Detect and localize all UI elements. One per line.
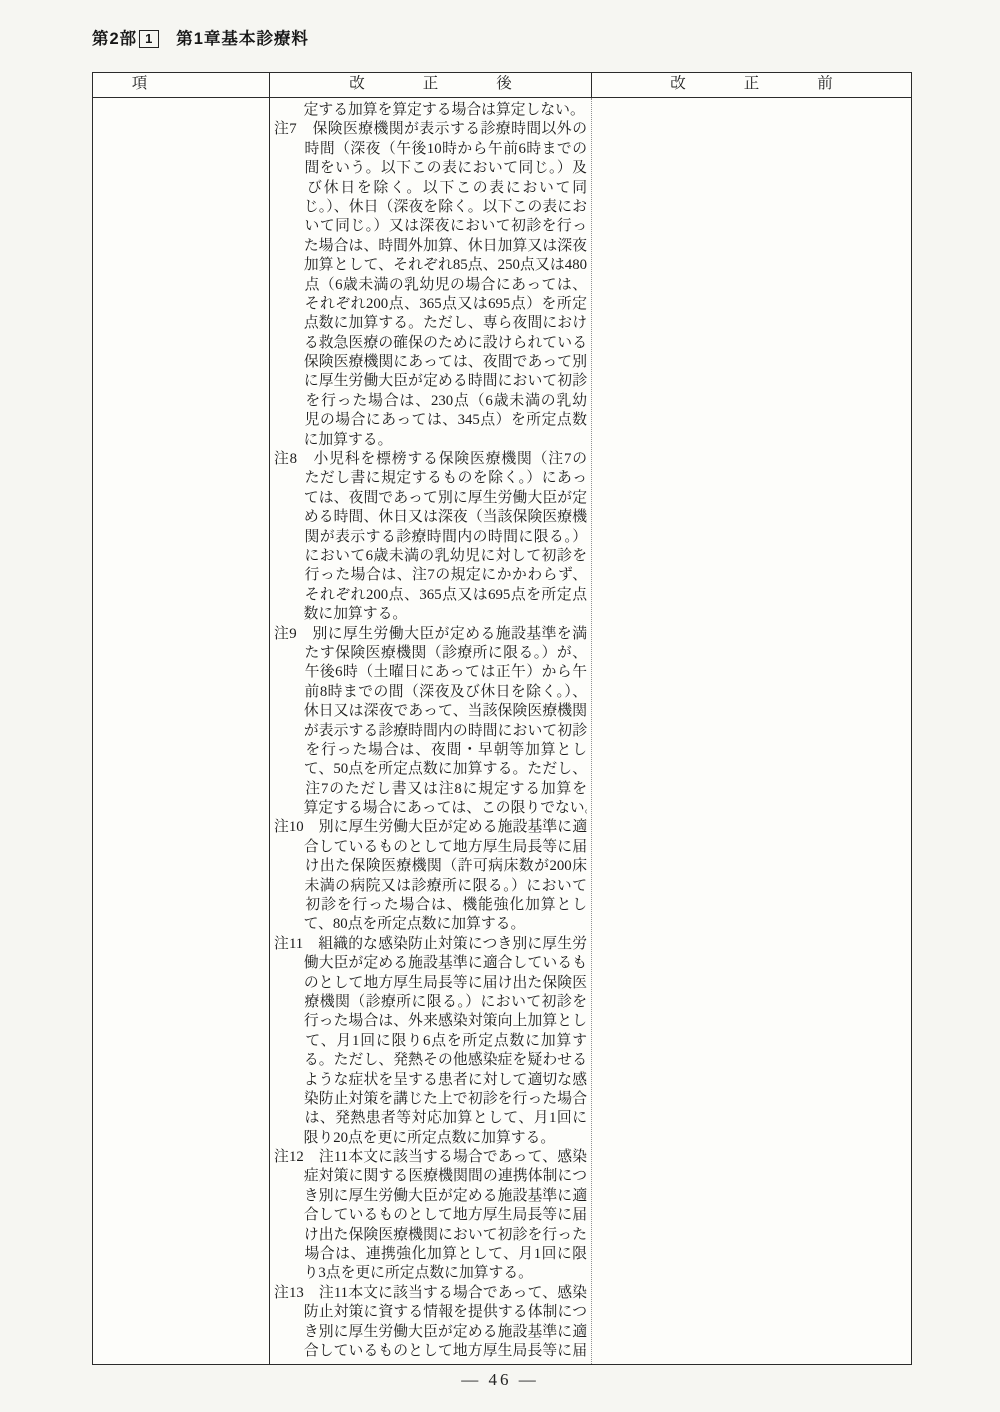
- text-line: 算定する場合にあっては、この限りでない。: [274, 799, 587, 818]
- text-line: 防止対策に資する情報を提供する体制につ: [274, 1303, 587, 1322]
- text-line: 限り20点を更に所定点数に加算する。: [274, 1129, 587, 1148]
- text-line: 行った場合は、注7の規定にかかわらず、: [274, 566, 587, 585]
- text-line: それぞれ200点、365点又は695点）を所定: [274, 295, 587, 314]
- text-line: 注8 小児科を標榜する保険医療機関（注7の: [274, 450, 587, 469]
- text-line: 注7 保険医療機関が表示する診療時間以外の: [274, 120, 587, 139]
- text-line: ただし書に規定するものを除く。）にあっ: [274, 469, 587, 488]
- text-line: 注10 別に厚生労働大臣が定める施設基準に適: [274, 818, 587, 837]
- text-line: いて同じ。）又は深夜において初診を行っ: [274, 217, 587, 236]
- text-line: 働大臣が定める施設基準に適合しているも: [274, 954, 587, 973]
- text-line: は、発熱患者等対応加算として、月1回に: [274, 1109, 587, 1128]
- page-footer: — 46 —: [0, 1370, 1000, 1390]
- chapter-title: 第1章基本診療料: [176, 30, 309, 48]
- text-line: 時間（深夜（午後10時から午前6時までの: [274, 140, 587, 159]
- text-line: が表示する診療時間内の時間において初診: [274, 722, 587, 741]
- text-line: 関が表示する診療時間内の時間に限る。）: [274, 528, 587, 547]
- text-line: める時間、休日又は深夜（当該保険医療機: [274, 508, 587, 527]
- revision-comparison-table: 項目 改正後 改正前 定する加算を算定する場合は算定しない。注7 保険医療機関が…: [92, 72, 912, 1365]
- page-container: 第2部1第1章基本診療料 項目 改正後 改正前 定する加算を算定する場合は算定し…: [0, 0, 1000, 1412]
- text-line: る。ただし、発熱その他感染症を疑わせる: [274, 1051, 587, 1070]
- text-line: 症対策に関する医療機関間の連携体制につ: [274, 1167, 587, 1186]
- text-line: 加算として、それぞれ85点、250点又は480: [274, 256, 587, 275]
- text-line: ては、夜間であって別に厚生労働大臣が定: [274, 489, 587, 508]
- text-line: それぞれ200点、365点又は695点を所定点: [274, 586, 587, 605]
- text-line: を行った場合は、夜間・早朝等加算とし: [274, 741, 587, 760]
- text-line: 合しているものとして地方厚生局長等に届: [274, 1206, 587, 1225]
- table-header-row: 項目 改正後 改正前: [93, 73, 911, 98]
- after-revision-cell: 定する加算を算定する場合は算定しない。注7 保険医療機関が表示する診療時間以外の…: [269, 98, 591, 1364]
- text-line: 午後6時（土曜日にあっては正午）から午: [274, 663, 587, 682]
- text-line: 行った場合は、外来感染対策向上加算とし: [274, 1012, 587, 1031]
- text-line: 未満の病院又は診療所に限る。）において: [274, 877, 587, 896]
- text-line: 療機関（診療所に限る。）において初診を: [274, 993, 587, 1012]
- text-line: て、80点を所定点数に加算する。: [274, 915, 587, 934]
- text-line: たす保険医療機関（診療所に限る。）が、: [274, 644, 587, 663]
- column-header-before-revision: 改正前: [591, 73, 911, 97]
- text-line: じ。）、休日（深夜を除く。以下この表にお: [274, 198, 587, 217]
- text-line: り3点を更に所定点数に加算する。: [274, 1264, 587, 1283]
- text-line: 点数に加算する。ただし、専ら夜間におけ: [274, 314, 587, 333]
- before-revision-cell: [591, 98, 911, 1364]
- text-line: に厚生労働大臣が定める時間において初診: [274, 372, 587, 391]
- text-line: き別に厚生労働大臣が定める施設基準に適: [274, 1187, 587, 1206]
- text-line: 注12 注11本文に該当する場合であって、感染: [274, 1148, 587, 1167]
- document-page-body: { "header": { "part": "第2部", "part_numbe…: [0, 0, 1000, 1412]
- text-line: け出た保険医療機関において初診を行った: [274, 1226, 587, 1245]
- text-line: を行った場合は、230点（6歳未満の乳幼: [274, 392, 587, 411]
- text-line: 保険医療機関にあっては、夜間であって別: [274, 353, 587, 372]
- text-line: 児の場合にあっては、345点）を所定点数: [274, 411, 587, 430]
- text-line: ような症状を呈する患者に対して適切な感: [274, 1071, 587, 1090]
- text-line: 休日又は深夜であって、当該保険医療機関: [274, 702, 587, 721]
- text-line: 注11 組織的な感染防止対策につき別に厚生労: [274, 935, 587, 954]
- table-body-row: 定する加算を算定する場合は算定しない。注7 保険医療機関が表示する診療時間以外の…: [93, 98, 911, 1364]
- after-revision-text: 定する加算を算定する場合は算定しない。注7 保険医療機関が表示する診療時間以外の…: [274, 101, 587, 1361]
- text-line: 合しているものとして地方厚生局長等に届: [274, 1342, 587, 1361]
- doc-header: 第2部1第1章基本診療料: [92, 25, 309, 49]
- column-header-after-revision: 改正後: [269, 73, 591, 97]
- text-line: のとして地方厚生局長等に届け出た保険医: [274, 974, 587, 993]
- text-line: 定する加算を算定する場合は算定しない。: [274, 101, 587, 120]
- text-line: 注7のただし書又は注8に規定する加算を: [274, 780, 587, 799]
- text-line: け出た保険医療機関（許可病床数が200床: [274, 857, 587, 876]
- column-header-item: 項目: [93, 73, 269, 97]
- page-number: — 46 —: [461, 1370, 539, 1389]
- text-line: る救急医療の確保のために設けられている: [274, 334, 587, 353]
- text-line: び休日を除く。以下この表において同: [274, 179, 587, 198]
- text-line: 注13 注11本文に該当する場合であって、感染: [274, 1284, 587, 1303]
- part-number-box: 1: [139, 30, 159, 48]
- text-line: 数に加算する。: [274, 605, 587, 624]
- text-line: 注9 別に厚生労働大臣が定める施設基準を満: [274, 625, 587, 644]
- text-line: 場合は、連携強化加算として、月1回に限: [274, 1245, 587, 1264]
- text-line: 間をいう。以下この表において同じ。）及: [274, 159, 587, 178]
- text-line: て、50点を所定点数に加算する。ただし、: [274, 760, 587, 779]
- text-line: 初診を行った場合は、機能強化加算とし: [274, 896, 587, 915]
- text-line: 点（6歳未満の乳幼児の場合にあっては、: [274, 276, 587, 295]
- text-line: て、月1回に限り6点を所定点数に加算す: [274, 1032, 587, 1051]
- text-line: た場合は、時間外加算、休日加算又は深夜: [274, 237, 587, 256]
- text-line: に加算する。: [274, 431, 587, 450]
- text-line: き別に厚生労働大臣が定める施設基準に適: [274, 1323, 587, 1342]
- text-line: 染防止対策を講じた上で初診を行った場合: [274, 1090, 587, 1109]
- part-label: 第2部: [92, 30, 137, 48]
- text-line: 前8時までの間（深夜及び休日を除く。）、: [274, 683, 587, 702]
- item-cell: [93, 98, 269, 1364]
- text-line: 合しているものとして地方厚生局長等に届: [274, 838, 587, 857]
- text-line: において6歳未満の乳幼児に対して初診を: [274, 547, 587, 566]
